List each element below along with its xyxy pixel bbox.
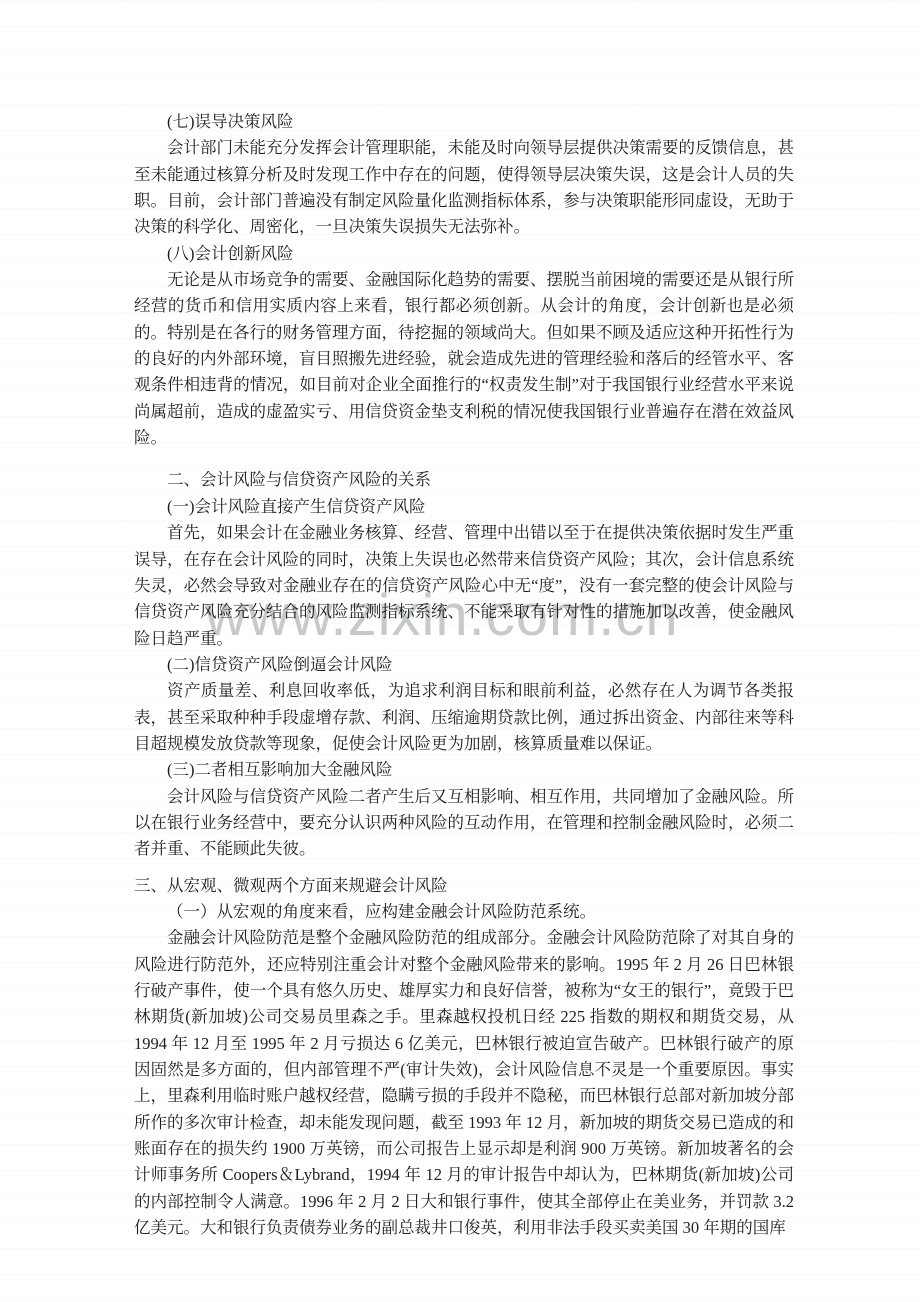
paragraph: 无论是从市场竞争的需要、金融国际化趋势的需要、摆脱当前困境的需要还是从银行所经营… <box>134 267 794 451</box>
document-page: www.zixin.com.cn (七)误导决策风险会计部门未能充分发挥会计管理… <box>0 0 920 1302</box>
sub-heading: (七)误导决策风险 <box>134 109 794 135</box>
section-heading: 二、会计风险与信贷资产风险的关系 <box>134 467 794 493</box>
paragraph: 首先，如果会计在金融业务核算、经营、管理中出错以至于在提供决策依据时发生严重误导… <box>134 520 794 652</box>
sub-heading: (三)二者相互影响加大金融风险 <box>134 757 794 783</box>
paragraph: 资产质量差、利息回收率低，为追求利润目标和眼前利益，必然存在人为调节各类报表，甚… <box>134 678 794 757</box>
sub-heading: （一）从宏观的角度来看，应构建金融会计风险防范系统。 <box>134 899 794 925</box>
section-heading: 三、从宏观、微观两个方面来规避会计风险 <box>134 873 794 899</box>
sub-heading: (二)信贷资产风险倒逼会计风险 <box>134 652 794 678</box>
paragraph: 金融会计风险防范是整个金融风险防范的组成部分。金融会计风险防范除了对其自身的风险… <box>134 925 794 1241</box>
sub-heading: (八)会计创新风险 <box>134 241 794 267</box>
sub-heading: (一)会计风险直接产生信贷资产风险 <box>134 494 794 520</box>
paragraph: 会计部门未能充分发挥会计管理职能，未能及时向领导层提供决策需要的反馈信息，甚至未… <box>134 135 794 240</box>
document-content: (七)误导决策风险会计部门未能充分发挥会计管理职能，未能及时向领导层提供决策需要… <box>134 109 794 1241</box>
paragraph: 会计风险与信贷资产风险二者产生后又互相影响、相互作用，共同增加了金融风险。所以在… <box>134 784 794 863</box>
